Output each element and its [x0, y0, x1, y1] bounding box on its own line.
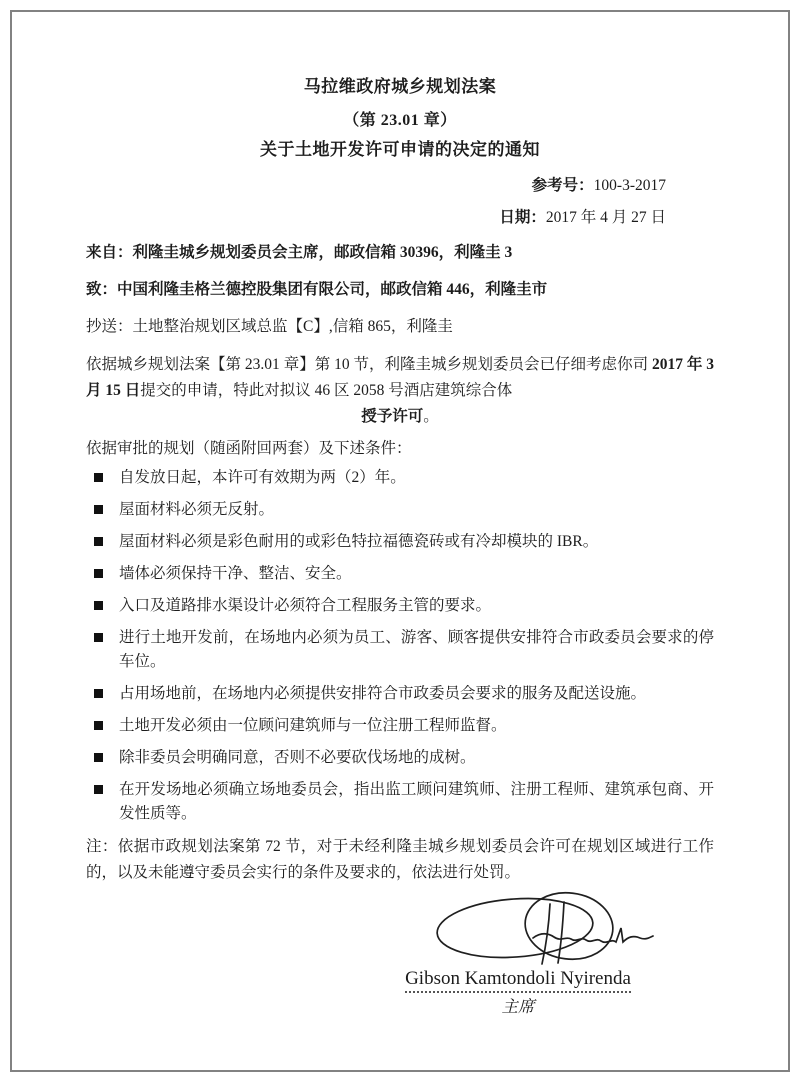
- condition-text: 入口及道路排水渠设计必须符合工程服务主管的要求。: [119, 597, 491, 614]
- document-chapter: （第 23.01 章）: [86, 110, 714, 132]
- condition-text: 在开发场地必须确立场地委员会，指出监工顾问建筑师、注册工程师、建筑承包商、开发性…: [119, 781, 714, 822]
- date-value: 2017 年 4 月 27 日: [546, 209, 666, 226]
- condition-item: 入口及道路排水渠设计必须符合工程服务主管的要求。: [86, 594, 714, 618]
- approval-text-2: 提交的申请，特此对拟议 46 区 2058 号酒店建筑综合体: [140, 382, 512, 399]
- document-page-border: 马拉维政府城乡规划法案 （第 23.01 章） 关于土地开发许可申请的决定的通知…: [10, 10, 790, 1072]
- condition-text: 屋面材料必须无反射。: [119, 501, 274, 518]
- condition-item: 土地开发必须由一位顾问建筑师与一位注册工程师监督。: [86, 714, 714, 738]
- condition-text: 屋面材料必须是彩色耐用的或彩色特拉福德瓷砖或有冷却模块的 IBR。: [119, 533, 598, 550]
- approval-paragraph: 依据城乡规划法案【第 23.01 章】第 10 节，利隆圭城乡规划委员会已仔细考…: [86, 352, 714, 404]
- bullet-square-icon: [94, 473, 103, 482]
- penalty-note: 注：依据市政规划法案第 72 节，对于未经利隆圭城乡规划委员会许可在规划区域进行…: [86, 834, 714, 886]
- reference-value: 100-3-2017: [594, 177, 666, 194]
- condition-item: 墙体必须保持干净、整洁、安全。: [86, 562, 714, 586]
- condition-item: 屋面材料必须是彩色耐用的或彩色特拉福德瓷砖或有冷却模块的 IBR。: [86, 530, 714, 554]
- bullet-square-icon: [94, 601, 103, 610]
- condition-item: 除非委员会明确同意，否则不必要砍伐场地的成树。: [86, 746, 714, 770]
- condition-text: 墙体必须保持干净、整洁、安全。: [119, 565, 352, 582]
- condition-text: 土地开发必须由一位顾问建筑师与一位注册工程师监督。: [119, 717, 507, 734]
- grant-line: 授予许可。: [86, 404, 714, 430]
- condition-item: 进行土地开发前，在场地内必须为员工、游客、顾客提供安排符合市政委员会要求的停车位…: [86, 626, 714, 674]
- document-title: 马拉维政府城乡规划法案: [86, 76, 714, 98]
- bullet-square-icon: [94, 721, 103, 730]
- bullet-square-icon: [94, 785, 103, 794]
- condition-item: 自发放日起，本许可有效期为两（2）年。: [86, 466, 714, 490]
- date-label: 日期：: [499, 209, 546, 226]
- bullet-square-icon: [94, 537, 103, 546]
- condition-text: 自发放日起，本许可有效期为两（2）年。: [119, 469, 406, 486]
- condition-item: 占用场地前，在场地内必须提供安排符合市政委员会要求的服务及配送设施。: [86, 682, 714, 706]
- bullet-square-icon: [94, 689, 103, 698]
- document-content: 马拉维政府城乡规划法案 （第 23.01 章） 关于土地开发许可申请的决定的通知…: [86, 76, 714, 1019]
- approval-text-1: 依据城乡规划法案【第 23.01 章】第 10 节，利隆圭城乡规划委员会已仔细考…: [86, 356, 652, 373]
- reference-label: 参考号：: [532, 177, 594, 194]
- condition-text: 进行土地开发前，在场地内必须为员工、游客、顾客提供安排符合市政委员会要求的停车位…: [119, 629, 714, 670]
- condition-text: 除非委员会明确同意，否则不必要砍伐场地的成树。: [119, 749, 476, 766]
- signer-title: 主席: [378, 995, 658, 1019]
- document-meta: 参考号：100-3-2017 日期：2017 年 4 月 27 日: [86, 175, 714, 229]
- conditions-intro: 依据审批的规划（随函附回两套）及下述条件：: [86, 436, 714, 462]
- signer-name: Gibson Kamtondoli Nyirenda: [405, 968, 631, 993]
- conditions-list: 自发放日起，本许可有效期为两（2）年。 屋面材料必须无反射。 屋面材料必须是彩色…: [86, 466, 714, 826]
- cc-line: 抄送：土地整治规划区域总监【C】,信箱 865，利隆圭: [86, 315, 714, 338]
- from-line: 来自：利隆圭城乡规划委员会主席，邮政信箱 30396，利隆圭 3: [86, 241, 714, 264]
- handwritten-signature-icon: [433, 890, 658, 968]
- date-row: 日期：2017 年 4 月 27 日: [86, 207, 666, 229]
- document-subtitle: 关于土地开发许可申请的决定的通知: [86, 139, 714, 161]
- to-line: 致：中国利隆圭格兰德控股集团有限公司，邮政信箱 446，利隆圭市: [86, 278, 714, 301]
- condition-text: 占用场地前，在场地内必须提供安排符合市政委员会要求的服务及配送设施。: [119, 685, 646, 702]
- bullet-square-icon: [94, 753, 103, 762]
- condition-item: 屋面材料必须无反射。: [86, 498, 714, 522]
- bullet-square-icon: [94, 569, 103, 578]
- address-block: 来自：利隆圭城乡规划委员会主席，邮政信箱 30396，利隆圭 3 致：中国利隆圭…: [86, 241, 714, 338]
- bullet-square-icon: [94, 505, 103, 514]
- condition-item: 在开发场地必须确立场地委员会，指出监工顾问建筑师、注册工程师、建筑承包商、开发性…: [86, 778, 714, 826]
- grant-text: 授予许可: [361, 408, 423, 425]
- signature-block: Gibson Kamtondoli Nyirenda 主席: [378, 890, 658, 1019]
- grant-period: 。: [423, 408, 439, 425]
- reference-number-row: 参考号：100-3-2017: [86, 175, 666, 197]
- bullet-square-icon: [94, 633, 103, 642]
